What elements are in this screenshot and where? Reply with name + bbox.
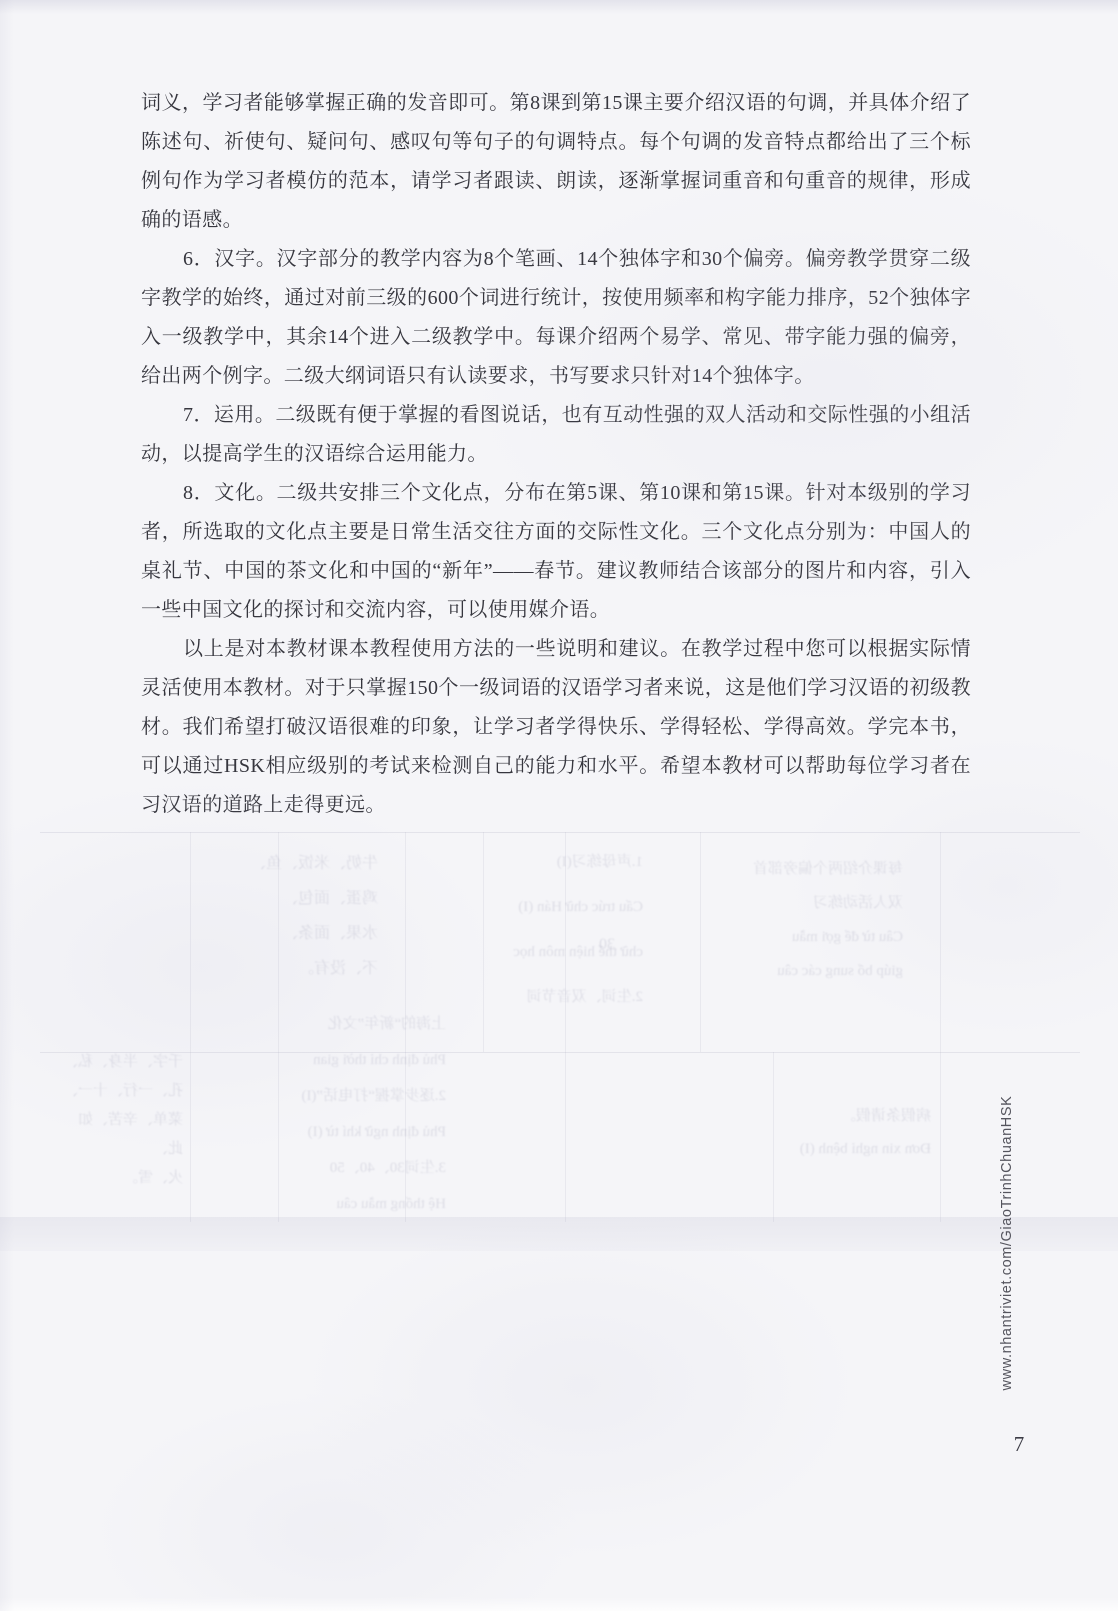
text-line: 7．运用。二级既有便于掌握的看图说话，也有互动性强的双人活动和交际性强的小组活 bbox=[141, 396, 971, 435]
text-line: 字教学的始终，通过对前三级的600个词进行统计，按使用频率和构字能力排序，52个… bbox=[141, 279, 971, 318]
text-line: 动，以提高学生的汉语综合运用能力。 bbox=[141, 435, 971, 474]
text-line: 桌礼节、中国的茶文化和中国的“新年”——春节。建议教师结合该部分的图片和内容，引… bbox=[141, 552, 971, 591]
text-line: 一些中国文化的探讨和交流内容，可以使用媒介语。 bbox=[141, 591, 971, 630]
showthrough-hline bbox=[40, 832, 1080, 833]
text-line: 可以通过HSK相应级别的考试来检测自己的能力和水平。希望本教材可以帮助每位学习者… bbox=[141, 747, 971, 786]
text-line: 给出两个例字。二级大纲词语只有认读要求，书写要求只针对14个独体字。 bbox=[141, 357, 971, 396]
showthrough-text: 病假条请假。 Đơn xin nghỉ bệnh (I) bbox=[756, 1100, 931, 1166]
text-line: 例句作为学习者模仿的范本，请学习者跟读、朗读，逐渐掌握词重音和句重音的规律，形成… bbox=[141, 162, 971, 201]
text-line: 确的语感。 bbox=[141, 201, 971, 240]
page-number: 7 bbox=[1004, 1432, 1034, 1457]
showthrough-text: 上海的“新年”文化 Phủ định chỉ thời gian 2.逐步掌握“… bbox=[196, 1006, 446, 1222]
text-line: 入一级教学中，其余14个进入二级教学中。每课介绍两个易学、常见、带字能力强的偏旁… bbox=[141, 318, 971, 357]
text-line: 者，所选取的文化点主要是日常生活交往方面的交际性文化。三个文化点分别为：中国人的… bbox=[141, 513, 971, 552]
text-line: 材。我们希望打破汉语很难的印象，让学习者学得快乐、学得轻松、学得高效。学完本书，… bbox=[141, 708, 971, 747]
paragraph-6-hanzi: 6．汉字。汉字部分的教学内容为8个笔画、14个独体字和30个偏旁。偏旁教学贯穿二… bbox=[141, 240, 971, 396]
text-line: 习汉语的道路上走得更远。 bbox=[141, 786, 971, 825]
showthrough-vline bbox=[190, 832, 191, 1222]
text-line: 陈述句、祈使句、疑问句、感叹句等句子的句调特点。每个句调的发音特点都给出了三个标… bbox=[141, 123, 971, 162]
showthrough-text: 每课介绍两个偏旁部首 双人活动练习 Câu từ để gợi mẫu giúp… bbox=[688, 852, 903, 988]
text-line: 词义，学习者能够掌握正确的发音即可。第8课到第15课主要介绍汉语的句调，并具体介… bbox=[141, 84, 971, 123]
text-line: 灵活使用本教材。对于只掌握150个一级词语的汉语学习者来说，这是他们学习汉语的初… bbox=[141, 669, 971, 708]
showthrough-text: 30 bbox=[585, 936, 615, 954]
showthrough-text: 千字、半身、私、 孔、一行、十一、 菜单、辛苦、如此、 火、雪。 bbox=[58, 1048, 183, 1193]
site-watermark: www.nhantriviet.com/GiaoTrinhChuanHSK bbox=[998, 1068, 1016, 1418]
paragraph-7-yunyong: 7．运用。二级既有便于掌握的看图说话，也有互动性强的双人活动和交际性强的小组活 … bbox=[141, 396, 971, 474]
paragraph-8-wenhua: 8．文化。二级共安排三个文化点，分布在第5课、第10课和第15课。针对本级别的学… bbox=[141, 474, 971, 630]
showthrough-vline bbox=[940, 832, 941, 1222]
showthrough-band bbox=[0, 1217, 1118, 1251]
showthrough-text: 牛奶、米饭、鱼、 鸡蛋、面包、 水果、面条、 不、没有。 bbox=[228, 846, 378, 986]
showthrough-text: 1.声母练习(I) Cấu trúc chữ Hán (I) chữ thể h… bbox=[428, 840, 643, 1020]
scanned-page: 牛奶、米饭、鱼、 鸡蛋、面包、 水果、面条、 不、没有。 1.声母练习(I) C… bbox=[0, 0, 1118, 1611]
paragraph-pronunciation: 词义，学习者能够掌握正确的发音即可。第8课到第15课主要介绍汉语的句调，并具体介… bbox=[141, 84, 971, 240]
text-line: 以上是对本教材课本教程使用方法的一些说明和建议。在教学过程中您可以根据实际情况 bbox=[141, 630, 971, 669]
body-text: 词义，学习者能够掌握正确的发音即可。第8课到第15课主要介绍汉语的句调，并具体介… bbox=[141, 84, 971, 825]
paragraph-closing: 以上是对本教材课本教程使用方法的一些说明和建议。在教学过程中您可以根据实际情况 … bbox=[141, 630, 971, 825]
text-line: 8．文化。二级共安排三个文化点，分布在第5课、第10课和第15课。针对本级别的学… bbox=[141, 474, 971, 513]
text-line: 6．汉字。汉字部分的教学内容为8个笔画、14个独体字和30个偏旁。偏旁教学贯穿二… bbox=[141, 240, 971, 279]
